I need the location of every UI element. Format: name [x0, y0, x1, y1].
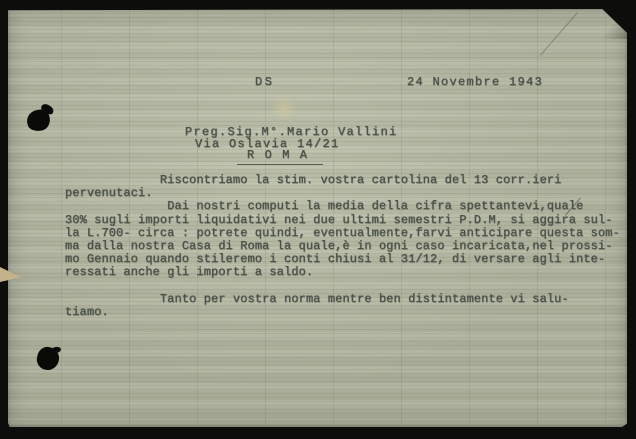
paper-stain	[271, 97, 297, 121]
crease-top-right	[540, 12, 578, 56]
corner-fold-shadow	[591, 9, 627, 39]
scanned-letter-mount: DS 24 Novembre 1943 Preg.Sig.M°.Mario Va…	[0, 0, 636, 439]
recipient-city: R O M A	[237, 149, 323, 165]
reference-code: DS	[255, 76, 274, 89]
punch-hole-bottom-tail	[50, 346, 61, 355]
letter-paper: DS 24 Novembre 1943 Preg.Sig.M°.Mario Va…	[8, 9, 627, 427]
letter-date: 24 Novembre 1943	[407, 76, 543, 89]
letter-body: Riscontriamo la stim. vostra cartolina d…	[65, 174, 620, 319]
